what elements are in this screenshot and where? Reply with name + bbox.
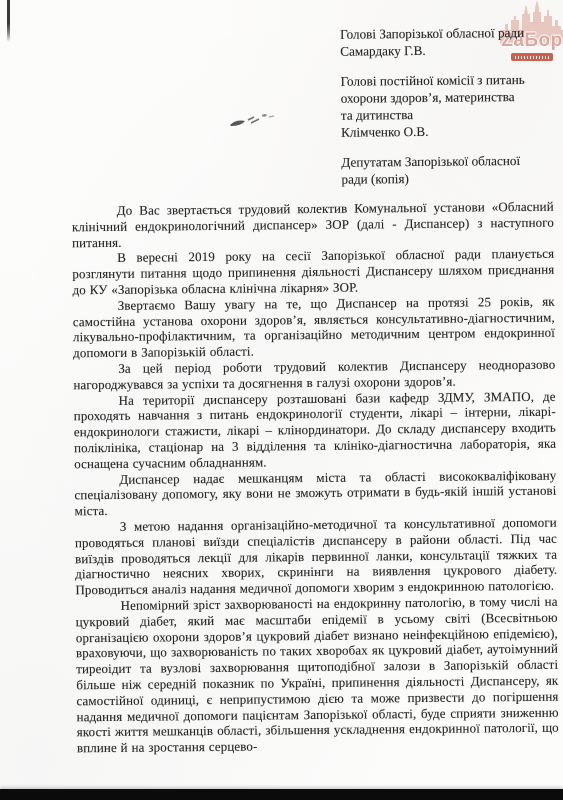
address-block-commission-head: Голові постійної комісії з питань охорон… [340, 71, 553, 141]
scan-bottom-bar [0, 789, 563, 800]
address-section: Голові Запорізької обласної ради Самарда… [340, 24, 554, 188]
letter-paragraph: Диспансер надає мешканцям міста та облас… [74, 467, 556, 519]
letter-paragraph: Звертаємо Вашу увагу на те, що Диспансер… [73, 293, 556, 361]
letter-paragraph: Непомірний зріст захворюваності на ендок… [75, 594, 558, 757]
letter-body: До Вас звертається трудовий колектив Ком… [72, 199, 559, 756]
letter-paragraph: З метою надання організаційно-методичної… [75, 515, 558, 599]
scanned-letter-page: ZаБор Голові Запорізької обласної ради С… [0, 0, 563, 800]
letter-paragraph: За цей період роботи трудовий колектив Д… [73, 357, 555, 393]
letter-paragraph: На території диспансеру розташовані бази… [74, 388, 557, 472]
letter-paragraph: В вересні 2019 року на сесії Запорізької… [72, 246, 554, 298]
scan-edge-line [7, 0, 10, 42]
letter-content: Голові Запорізької обласної ради Самарда… [70, 24, 559, 756]
address-block-deputies-copy: Депутатам Запорізької обласної ради (коп… [341, 152, 553, 188]
address-block-council-head: Голові Запорізької обласної ради Самарда… [340, 24, 552, 60]
letter-paragraph: До Вас звертається трудовий колектив Ком… [72, 199, 554, 251]
